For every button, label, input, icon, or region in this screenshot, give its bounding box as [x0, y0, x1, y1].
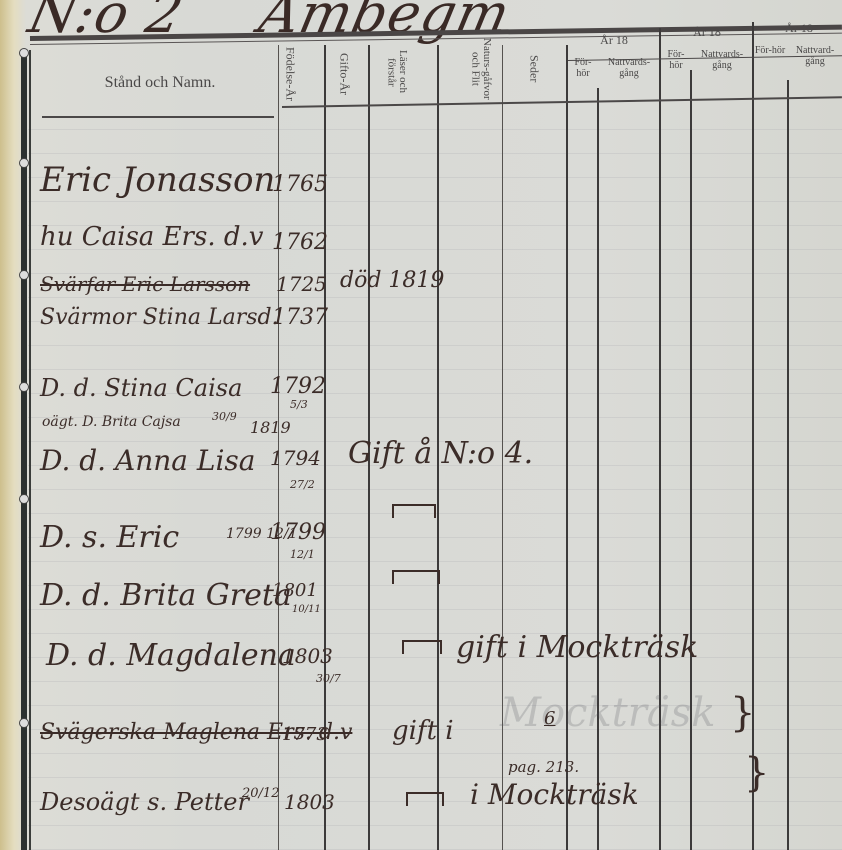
entry-name: D. d. Magdalena: [46, 638, 296, 673]
left-border-inner: [29, 50, 31, 850]
year-group-header: År 18: [570, 34, 658, 47]
subcolumn-nattvardsgang: Nattvard-gång: [788, 46, 842, 67]
entry-birth-year: 1762: [272, 230, 328, 255]
entry-name: Desoägt s. Petter: [40, 788, 249, 816]
column-header-seder: Seder: [528, 44, 541, 94]
entry-birth-year: 1803: [284, 790, 335, 814]
subcolumn-forhor: För-hör: [754, 46, 786, 57]
reading-mark: [402, 640, 442, 654]
header-rule: [42, 116, 274, 118]
entry-birth-year: 1799: [270, 520, 326, 545]
entry-name: Svärmor Stina Larsd.: [40, 305, 279, 330]
entry-name: D. s. Eric: [40, 520, 179, 555]
year-group-header: År 18: [756, 22, 842, 35]
binding-ring: [19, 48, 29, 58]
column-header-stand-och-namn: Stånd och Namn.: [60, 75, 260, 92]
entry-name: D. d. Brita Greta: [40, 578, 292, 613]
entry-name: Eric Jonasson: [40, 160, 275, 200]
entry-name: oägt. D. Brita Cajsa: [42, 414, 181, 430]
subcolumn-forhor: För-hör: [661, 50, 691, 71]
entry-birth-date: 10/11: [292, 604, 321, 615]
entry-note: i Mockträsk: [470, 778, 639, 811]
entry-birth-year: 1801: [272, 580, 318, 601]
binding-ring: [19, 270, 29, 280]
column-rule: [787, 80, 789, 850]
year-group-header: År 18: [662, 26, 752, 39]
column-header-fodelse-ar: Födelse-År: [284, 44, 297, 104]
subcolumn-nattvardsgang: Nattvards-gång: [692, 50, 752, 71]
entry-page-ref: pag. 213.: [508, 758, 579, 776]
entry-birth-date: 12/1: [290, 548, 315, 561]
left-border: [21, 50, 27, 850]
binding-ring: [19, 718, 29, 728]
subcolumn-forhor: För-hör: [568, 58, 598, 79]
subcolumn-nattvardsgang: Nattvards-gång: [600, 58, 658, 79]
entry-birth-year: 1725: [276, 272, 327, 296]
entry-birth-year: 1773: [282, 724, 328, 745]
bleedthrough-text: Mockträsk: [500, 690, 716, 736]
column-header-laser-och-forstar: Läser och förstår: [385, 40, 408, 104]
entry-note: Gift å N:o 4.: [348, 436, 533, 471]
entry-name: hu Caisa Ers. d.v: [40, 222, 263, 252]
brace-mark: }: [744, 750, 769, 796]
entry-ref: 6: [544, 708, 555, 729]
entry-birth-date: 27/2: [290, 478, 315, 491]
entry-birth-year: 1737: [272, 305, 328, 330]
entry-birth-year: 1794: [270, 446, 321, 470]
reading-mark: [392, 570, 440, 584]
entry-name-struck: Svärfar Eric Larsson: [40, 272, 250, 296]
entry-birth-year: 1819: [250, 418, 291, 437]
reading-mark: [406, 792, 444, 806]
column-header-naturs-gafvor: Naturs-gåfvor och Flit: [446, 36, 492, 102]
entry-birth-date: 5/3: [290, 398, 308, 411]
register-page: N:o 2 Ambegm Stånd och Namn. Födelse-År …: [0, 0, 842, 850]
entry-birth-date: 30/9: [212, 410, 237, 423]
entry-name: D. d. Stina Caisa: [40, 374, 242, 402]
entry-birth-year: 1803: [282, 644, 333, 668]
brace-mark: }: [730, 690, 755, 736]
entry-name: D. d. Anna Lisa: [40, 444, 255, 477]
binding-ring: [19, 158, 29, 168]
header-rule: [282, 96, 842, 108]
reading-mark: [392, 504, 436, 518]
entry-note: gift i: [392, 716, 454, 746]
column-header-gifto-ar: Gifto-År: [338, 44, 351, 104]
entry-birth-year: 1792: [270, 374, 326, 399]
binding-ring: [19, 494, 29, 504]
entry-birth-date: 30/7: [316, 672, 341, 685]
binding-ring: [19, 382, 29, 392]
entry-birth-date: 20/12: [242, 786, 279, 801]
entry-birth-year: 1765: [272, 172, 328, 197]
entry-note: gift i Mockträsk: [456, 630, 698, 665]
entry-note: död 1819: [340, 268, 444, 293]
